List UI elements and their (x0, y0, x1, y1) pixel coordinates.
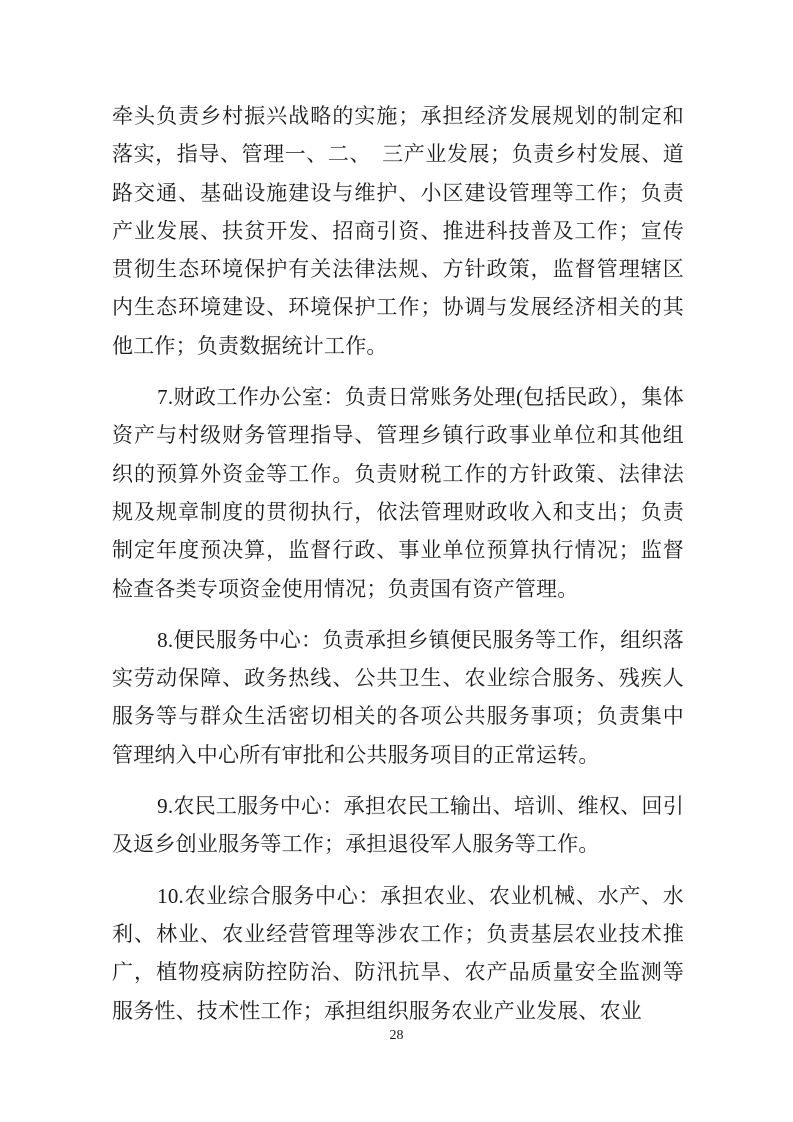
paragraph-item-7: 7.财政工作办公室：负责日常账务处理(包括民政），集体资产与村级财务管理指导、管… (112, 378, 684, 608)
paragraph-item-8: 8.便民服务中心：负责承担乡镇便民服务等工作，组织落实劳动保障、政务热线、公共卫… (112, 621, 684, 774)
document-body: 牵头负责乡村振兴战略的实施；承担经济发展规划的制定和落实，指导、管理一、二、 三… (112, 97, 684, 1043)
document-page: 牵头负责乡村振兴战略的实施；承担经济发展规划的制定和落实，指导、管理一、二、 三… (0, 0, 793, 1122)
paragraph-continuation: 牵头负责乡村振兴战略的实施；承担经济发展规划的制定和落实，指导、管理一、二、 三… (112, 97, 684, 365)
paragraph-item-9: 9.农民工服务中心：承担农民工输出、培训、维权、回引及返乡创业服务等工作；承担退… (112, 787, 684, 864)
page-number: 28 (390, 1028, 404, 1043)
page-footer: 28 (0, 1028, 793, 1044)
paragraph-item-10: 10.农业综合服务中心：承担农业、农业机械、水产、水利、林业、农业经营管理等涉农… (112, 877, 684, 1030)
